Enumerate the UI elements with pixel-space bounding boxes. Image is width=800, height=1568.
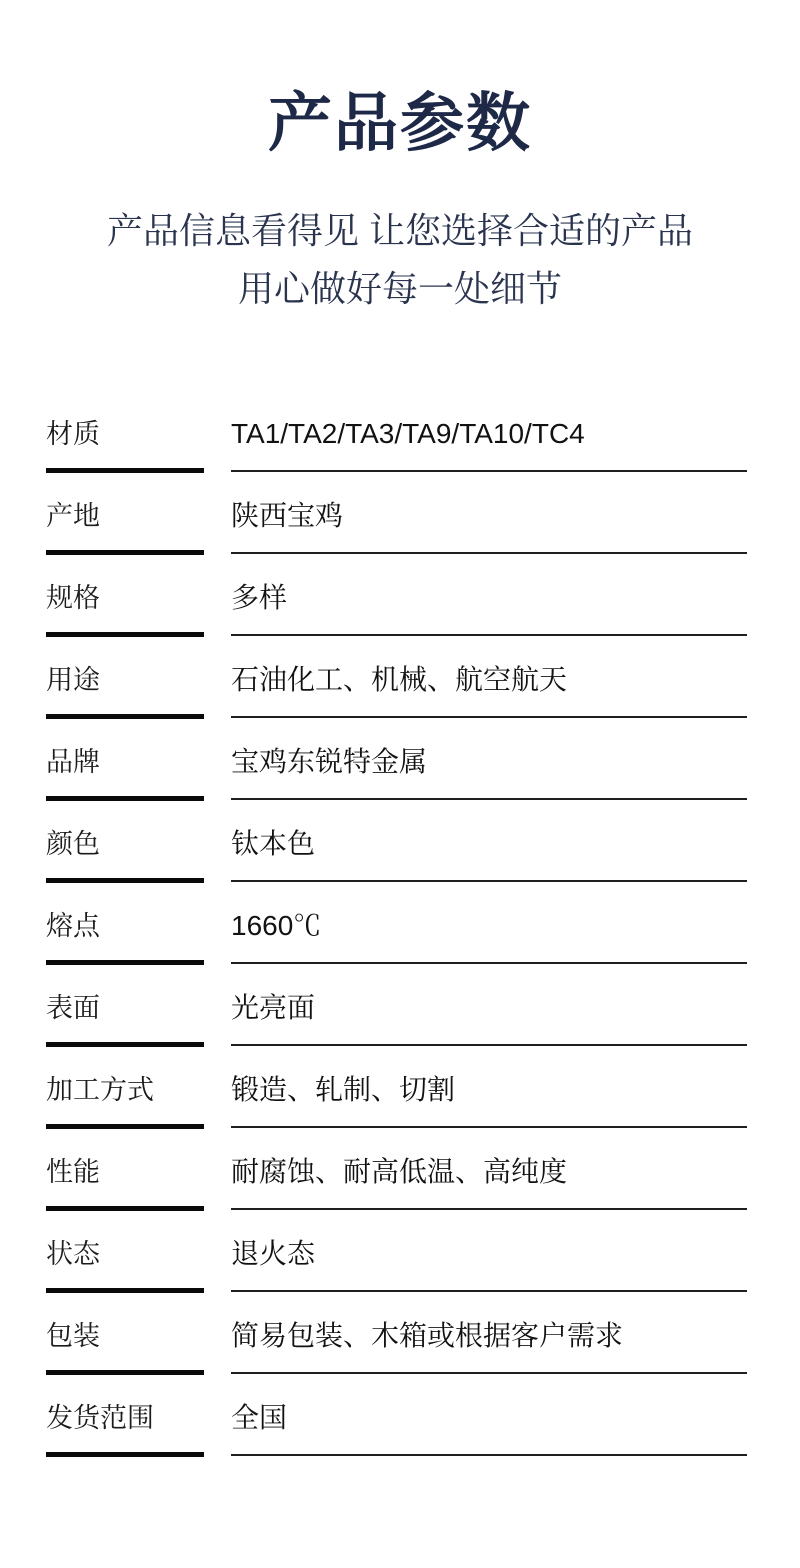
- value-underline: [231, 1454, 747, 1456]
- spec-row: 性能 耐腐蚀、耐高低温、高纯度: [0, 1129, 800, 1211]
- spec-row: 表面 光亮面: [0, 965, 800, 1047]
- spec-label: 发货范围: [46, 1404, 154, 1433]
- spec-value: 多样: [231, 583, 287, 613]
- spec-label: 产地: [46, 502, 100, 531]
- spec-value: 耐腐蚀、耐高低温、高纯度: [231, 1157, 567, 1187]
- spec-label: 品牌: [46, 748, 100, 777]
- spec-label: 性能: [46, 1158, 100, 1187]
- spec-value: 简易包装、木箱或根据客户需求: [231, 1321, 623, 1351]
- spec-label: 表面: [46, 994, 100, 1023]
- spec-row: 包装 简易包装、木箱或根据客户需求: [0, 1293, 800, 1375]
- spec-row: 加工方式 锻造、轧制、切割: [0, 1047, 800, 1129]
- spec-label: 用途: [46, 666, 100, 695]
- spec-value: 退火态: [231, 1239, 315, 1269]
- subtitle-line-2: 用心做好每一处细节: [0, 260, 800, 318]
- subtitle-line-1: 产品信息看得见 让您选择合适的产品: [0, 202, 800, 260]
- spec-value: 锻造、轧制、切割: [231, 1075, 455, 1105]
- spec-label: 加工方式: [46, 1076, 154, 1105]
- spec-row: 产地 陕西宝鸡: [0, 473, 800, 555]
- value-underline: [231, 552, 747, 554]
- spec-list: 材质 TA1/TA2/TA3/TA9/TA10/TC4 产地 陕西宝鸡 规格 多…: [0, 391, 800, 1457]
- spec-value: 1660℃: [231, 911, 321, 941]
- page-title: 产品参数: [0, 86, 800, 160]
- spec-value: 石油化工、机械、航空航天: [231, 665, 567, 695]
- value-underline: [231, 470, 747, 472]
- value-underline: [231, 1126, 747, 1128]
- spec-value: 钛本色: [231, 829, 315, 859]
- page-subtitle: 产品信息看得见 让您选择合适的产品 用心做好每一处细节: [0, 202, 800, 318]
- spec-value: 宝鸡东锐特金属: [231, 747, 427, 777]
- value-underline: [231, 1372, 747, 1374]
- value-underline: [231, 880, 747, 882]
- spec-label: 颜色: [46, 830, 100, 859]
- spec-label: 规格: [46, 584, 100, 613]
- value-underline: [231, 634, 747, 636]
- value-underline: [231, 1208, 747, 1210]
- label-underline: [46, 1452, 204, 1457]
- value-underline: [231, 1290, 747, 1292]
- spec-row: 状态 退火态: [0, 1211, 800, 1293]
- spec-row: 品牌 宝鸡东锐特金属: [0, 719, 800, 801]
- value-underline: [231, 1044, 747, 1046]
- spec-label: 包装: [46, 1322, 100, 1351]
- spec-value: 全国: [231, 1403, 287, 1433]
- spec-label: 状态: [46, 1240, 100, 1269]
- spec-label: 材质: [46, 420, 100, 449]
- value-underline: [231, 798, 747, 800]
- spec-row: 用途 石油化工、机械、航空航天: [0, 637, 800, 719]
- spec-value: 光亮面: [231, 993, 315, 1023]
- value-underline: [231, 716, 747, 718]
- spec-row: 熔点 1660℃: [0, 883, 800, 965]
- spec-value: TA1/TA2/TA3/TA9/TA10/TC4: [231, 419, 585, 449]
- spec-row: 颜色 钛本色: [0, 801, 800, 883]
- spec-row: 材质 TA1/TA2/TA3/TA9/TA10/TC4: [0, 391, 800, 473]
- spec-row: 规格 多样: [0, 555, 800, 637]
- value-underline: [231, 962, 747, 964]
- spec-row: 发货范围 全国: [0, 1375, 800, 1457]
- spec-value: 陕西宝鸡: [231, 501, 343, 531]
- spec-label: 熔点: [46, 912, 100, 941]
